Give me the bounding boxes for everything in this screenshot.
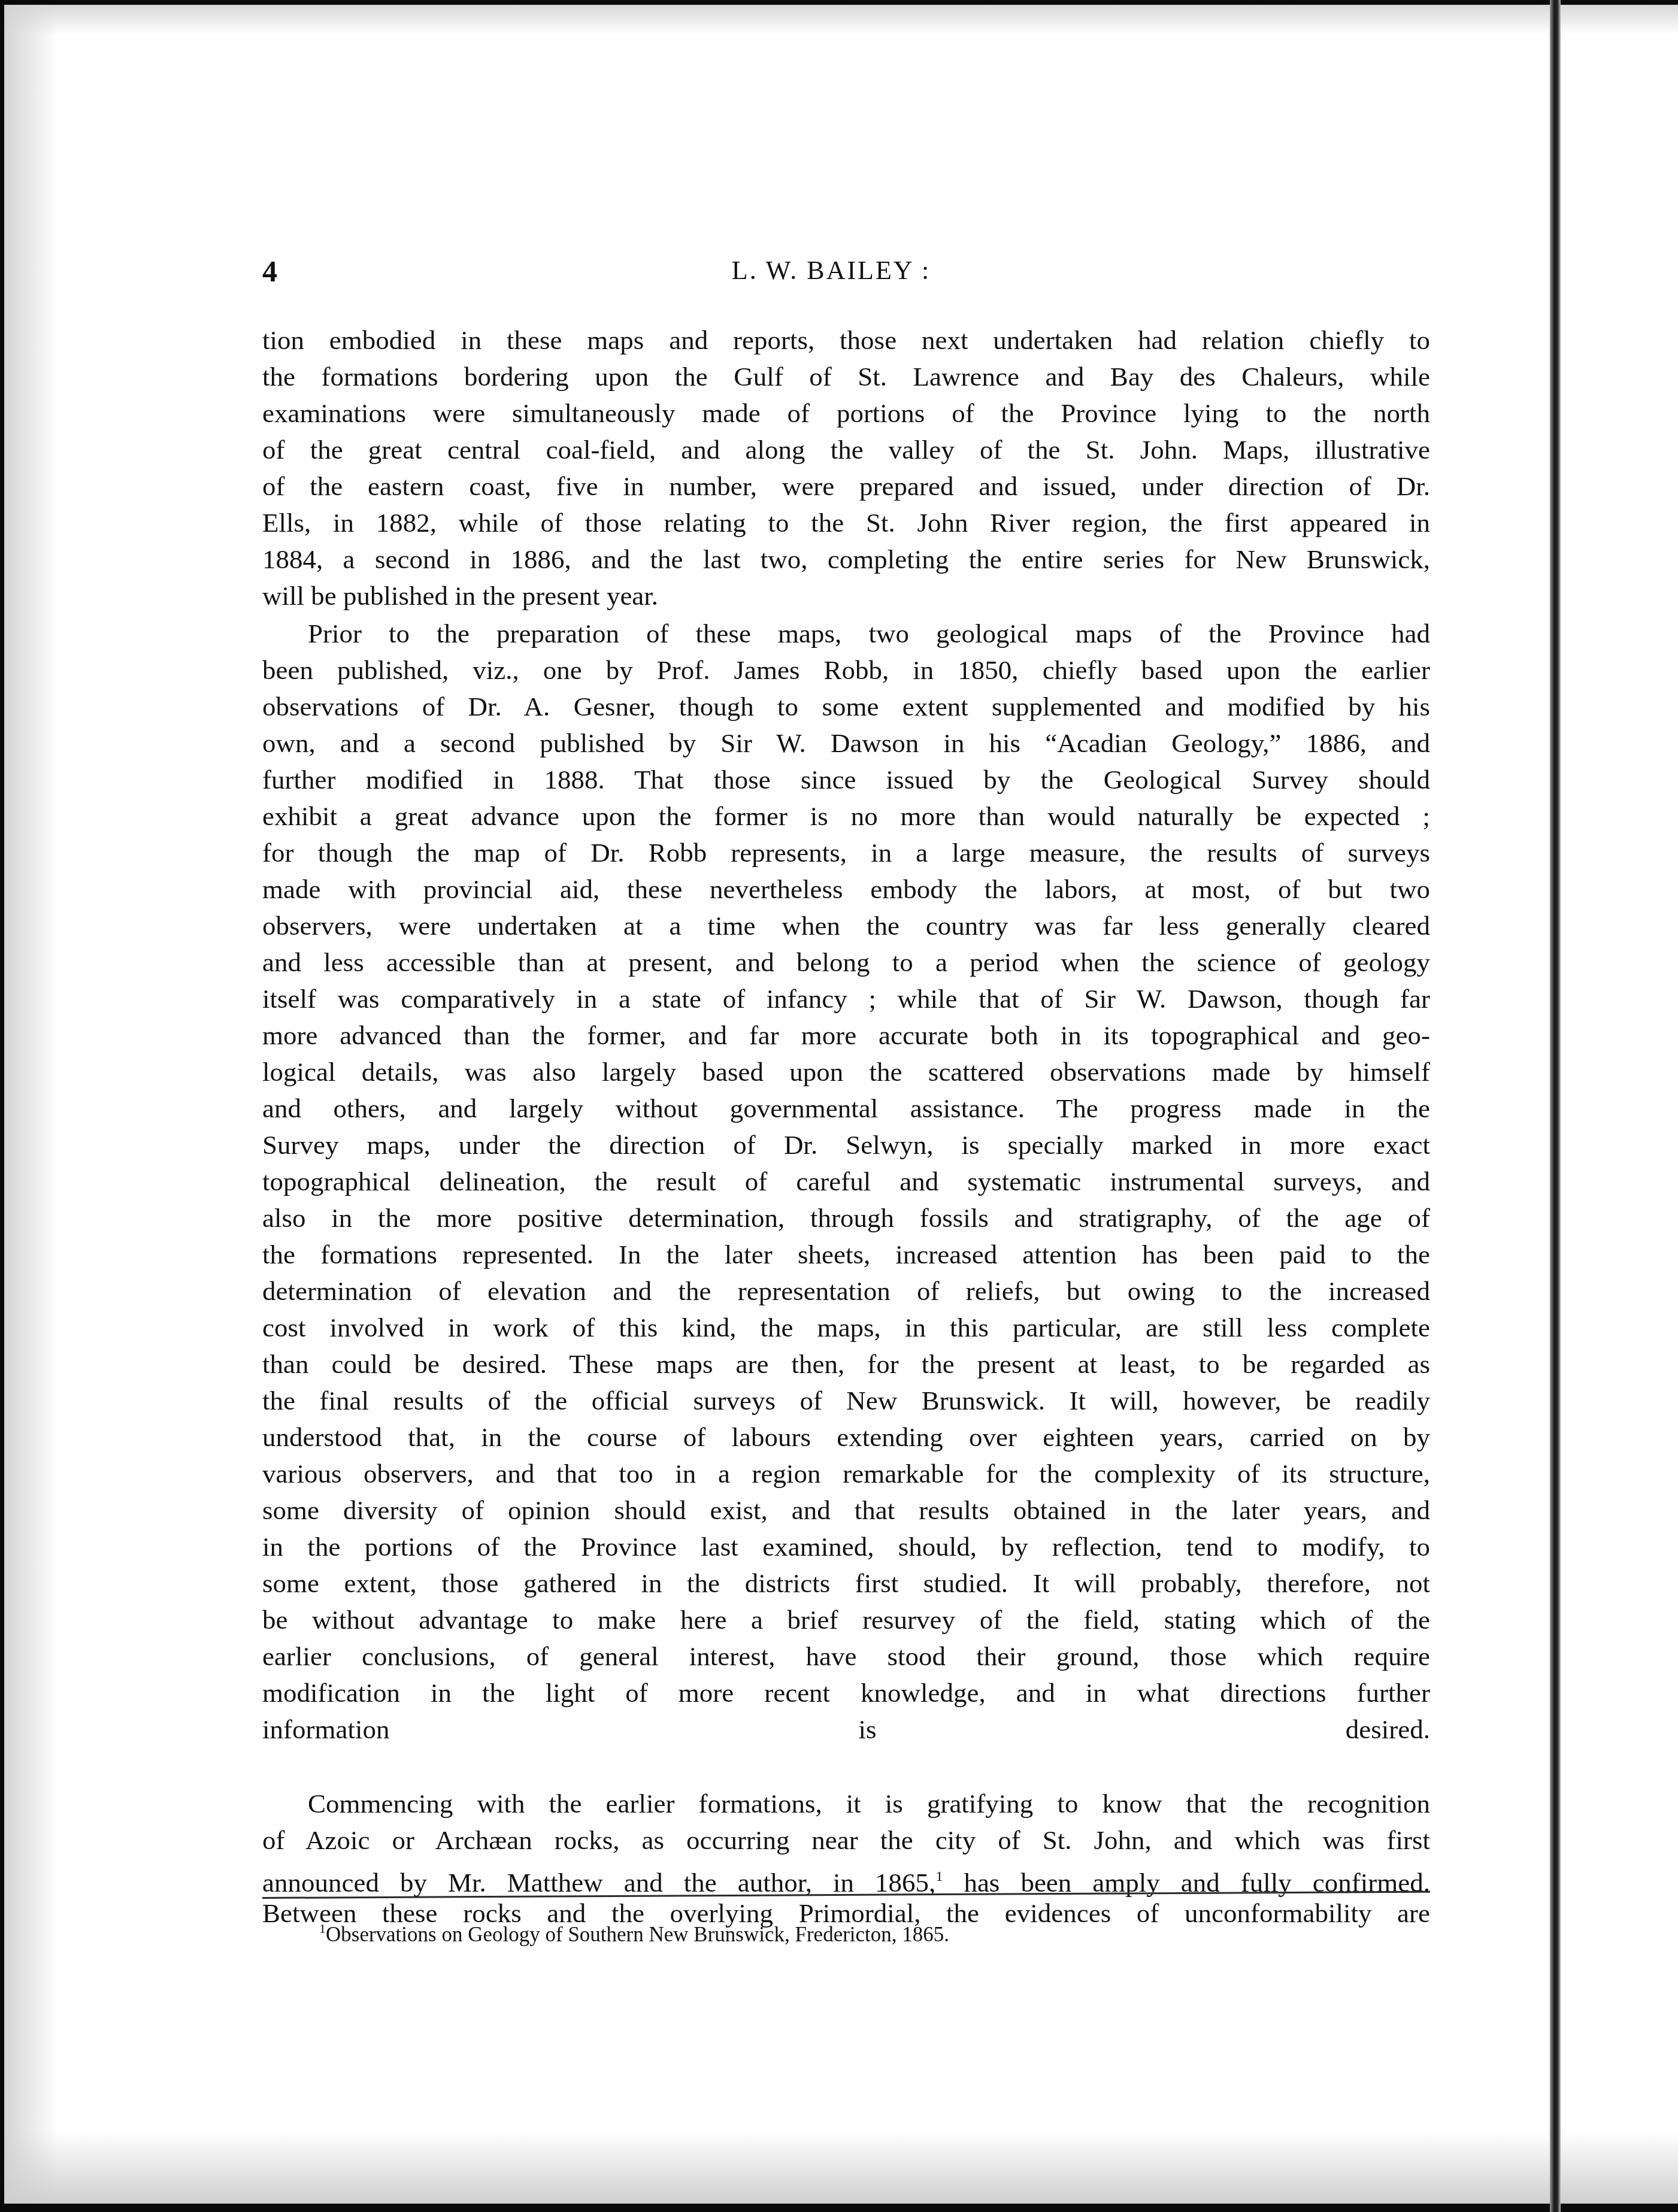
text-line: tion embodied in these maps and reports,… bbox=[262, 322, 1430, 359]
text-line: been published, viz., one by Prof. James… bbox=[262, 652, 1430, 689]
text-line: of Azoic or Archæan rocks, as occurring … bbox=[262, 1822, 1430, 1859]
text-line: information is desired. bbox=[262, 1711, 1430, 1748]
running-title: L. W. BAILEY : bbox=[262, 255, 1400, 286]
text-line-with-footnote-ref: announced by Mr. Matthew and the author,… bbox=[262, 1859, 1430, 1895]
text-line: also in the more positive determination,… bbox=[262, 1200, 1430, 1237]
scan-shadow-top bbox=[0, 5, 1678, 35]
text-line: will be published in the present year. bbox=[262, 578, 1430, 614]
footnote-marker: 1 bbox=[319, 1921, 326, 1936]
text-line: more advanced than the former, and far m… bbox=[262, 1017, 1430, 1054]
paragraph-2: Prior to the preparation of these maps, … bbox=[262, 616, 1430, 1784]
text-line: exhibit a great advance upon the former … bbox=[262, 798, 1430, 835]
footnote-text: Observations on Geology of Southern New … bbox=[326, 1923, 949, 1946]
paragraph-3: Commencing with the earlier formations, … bbox=[262, 1786, 1430, 1932]
text-line: various observers, and that too in a reg… bbox=[262, 1456, 1430, 1492]
text-line: Commencing with the earlier formations, … bbox=[262, 1786, 1430, 1822]
text-line: Ells, in 1882, while of those relating t… bbox=[262, 505, 1430, 541]
text-line: topographical delineation, the result of… bbox=[262, 1163, 1430, 1200]
text-line: the formations bordering upon the Gulf o… bbox=[262, 359, 1430, 395]
scan-border-top bbox=[0, 0, 1678, 5]
running-head: 4 L. W. BAILEY : bbox=[262, 254, 1430, 290]
text-line: understood that, in the course of labour… bbox=[262, 1419, 1430, 1456]
text-line: than could be desired. These maps are th… bbox=[262, 1346, 1430, 1383]
text-line bbox=[262, 1748, 1430, 1784]
text-line: of the eastern coast, five in number, we… bbox=[262, 468, 1430, 505]
text-line: some extent, those gathered in the distr… bbox=[262, 1565, 1430, 1602]
text-line: earlier conclusions, of general interest… bbox=[262, 1638, 1430, 1675]
text-line: for though the map of Dr. Robb represent… bbox=[262, 835, 1430, 871]
scan-shadow-left bbox=[4, 0, 58, 2212]
text-line: observers, were undertaken at a time whe… bbox=[262, 908, 1430, 944]
text-line: Survey maps, under the direction of Dr. … bbox=[262, 1127, 1430, 1163]
text-line: some diversity of opinion should exist, … bbox=[262, 1492, 1430, 1529]
scan-border-bottom bbox=[0, 2204, 1678, 2212]
paragraph-1: tion embodied in these maps and reports,… bbox=[262, 322, 1430, 614]
body-text: tion embodied in these maps and reports,… bbox=[262, 322, 1430, 1932]
scan-shadow-bottom bbox=[0, 2132, 1678, 2204]
text-line: made with provincial aid, these neverthe… bbox=[262, 871, 1430, 908]
text-line: further modified in 1888. That those sin… bbox=[262, 762, 1430, 798]
text-line: in the portions of the Province last exa… bbox=[262, 1529, 1430, 1565]
text-line-head: announced by Mr. Matthew and the author,… bbox=[262, 1868, 935, 1898]
text-line: determination of elevation and the repre… bbox=[262, 1273, 1430, 1310]
footnote: 1Observations on Geology of Southern New… bbox=[319, 1921, 949, 1947]
page-edge-band bbox=[1550, 0, 1561, 2212]
text-line: be without advantage to make here a brie… bbox=[262, 1602, 1430, 1638]
text-line: the final results of the official survey… bbox=[262, 1383, 1430, 1419]
text-line: examinations were simultaneously made of… bbox=[262, 395, 1430, 432]
text-line: itself was comparatively in a state of i… bbox=[262, 981, 1430, 1017]
text-line: observations of Dr. A. Gesner, though to… bbox=[262, 689, 1430, 725]
text-line: Prior to the preparation of these maps, … bbox=[262, 616, 1430, 652]
text-line: of the great central coal-field, and alo… bbox=[262, 432, 1430, 468]
footnote-reference[interactable]: 1 bbox=[935, 1869, 943, 1884]
text-line: and others, and largely without governme… bbox=[262, 1090, 1430, 1127]
text-line: logical details, was also largely based … bbox=[262, 1054, 1430, 1090]
text-line: and less accessible than at present, and… bbox=[262, 944, 1430, 981]
text-line: 1884, a second in 1886, and the last two… bbox=[262, 541, 1430, 578]
text-line: the formations represented. In the later… bbox=[262, 1237, 1430, 1273]
text-line: modification in the light of more recent… bbox=[262, 1675, 1430, 1711]
text-line: own, and a second published by Sir W. Da… bbox=[262, 725, 1430, 762]
text-line: cost involved in work of this kind, the … bbox=[262, 1310, 1430, 1346]
scan-border-left bbox=[0, 0, 4, 2212]
